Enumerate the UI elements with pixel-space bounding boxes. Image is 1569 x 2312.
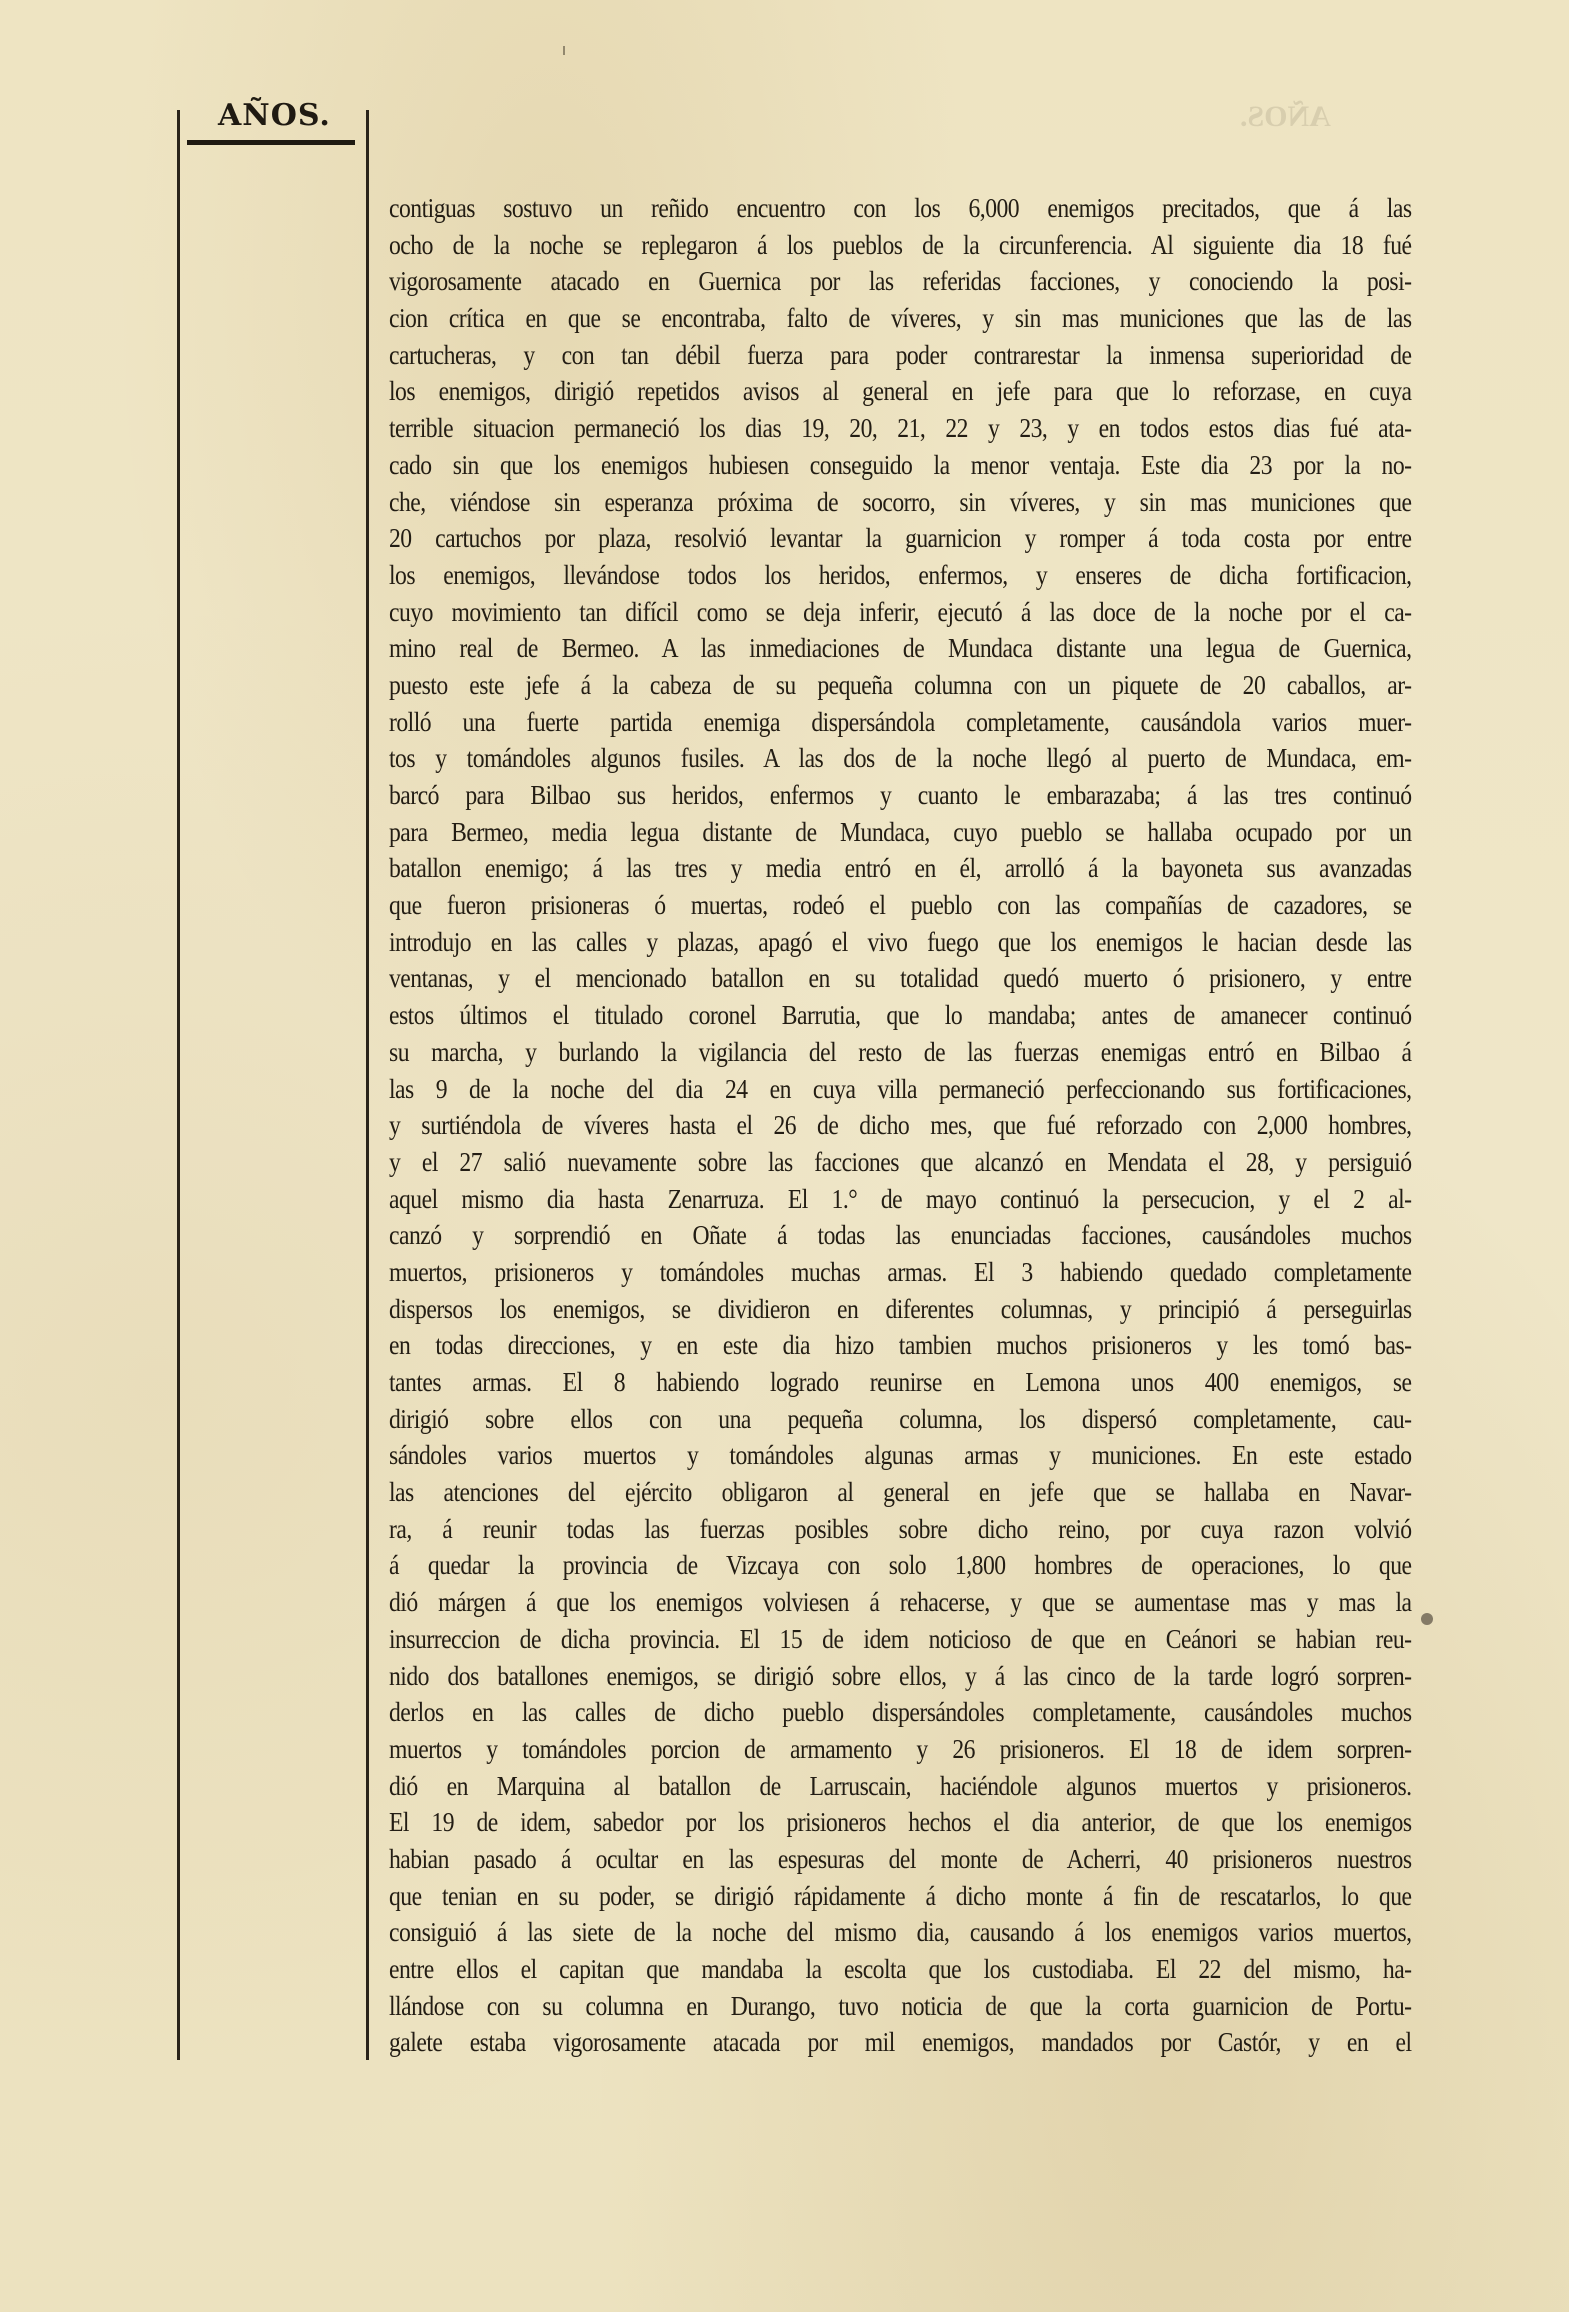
text-line: las atenciones del ejército obligaron al…: [389, 1474, 1412, 1511]
bleed-through-heading: AÑOS.: [1240, 100, 1331, 134]
text-line: consiguió á las siete de la noche del mi…: [389, 1914, 1412, 1951]
heading-rule: [187, 140, 355, 145]
text-line: que tenian en su poder, se dirigió rápid…: [389, 1878, 1412, 1915]
text-line: cartucheras, y con tan débil fuerza para…: [389, 337, 1412, 374]
text-line: contiguas sostuvo un reñido encuentro co…: [389, 190, 1412, 227]
text-line: sándoles varios muertos y tomándoles alg…: [389, 1437, 1412, 1474]
text-line: nido dos batallones enemigos, se dirigió…: [389, 1658, 1412, 1695]
text-line: llándose con su columna en Durango, tuvo…: [389, 1988, 1412, 2025]
text-line: que fueron prisioneras ó muertas, rodeó …: [389, 887, 1412, 924]
text-line: para Bermeo, media legua distante de Mun…: [389, 814, 1412, 851]
text-line: cuyo movimiento tan difícil como se deja…: [389, 594, 1412, 631]
text-line: estos últimos el titulado coronel Barrut…: [389, 997, 1412, 1034]
text-line: dispersos los enemigos, se dividieron en…: [389, 1291, 1412, 1328]
text-line: rolló una fuerte partida enemiga dispers…: [389, 704, 1412, 741]
years-margin-column: [177, 110, 369, 2060]
text-line: entre ellos el capitan que mandaba la es…: [389, 1951, 1412, 1988]
text-line: ra, á reunir todas las fuerzas posibles …: [389, 1511, 1412, 1548]
text-line: vigorosamente atacado en Guernica por la…: [389, 263, 1412, 300]
text-line: las 9 de la noche del dia 24 en cuya vil…: [389, 1071, 1412, 1108]
text-line: barcó para Bilbao sus heridos, enfermos …: [389, 777, 1412, 814]
text-line: puesto este jefe á la cabeza de su peque…: [389, 667, 1412, 704]
text-line: ocho de la noche se replegaron á los pue…: [389, 227, 1412, 264]
text-line: mino real de Bermeo. A las inmediaciones…: [389, 630, 1412, 667]
document-page: AÑOS. AÑOS. contiguas sostuvo un reñido …: [0, 0, 1569, 2312]
text-line: habian pasado á ocultar en las espesuras…: [389, 1841, 1412, 1878]
text-line: tantes armas. El 8 habiendo logrado reun…: [389, 1364, 1412, 1401]
text-line: introdujo en las calles y plazas, apagó …: [389, 924, 1412, 961]
text-line: batallon enemigo; á las tres y media ent…: [389, 850, 1412, 887]
text-line: muertos y tomándoles porcion de armament…: [389, 1731, 1412, 1768]
text-line: y surtiéndola de víveres hasta el 26 de …: [389, 1107, 1412, 1144]
text-line: canzó y sorprendió en Oñate á todas las …: [389, 1217, 1412, 1254]
body-text: contiguas sostuvo un reñido encuentro co…: [389, 190, 1269, 2061]
years-column-heading: AÑOS.: [218, 98, 331, 133]
text-line: ventanas, y el mencionado batallon en su…: [389, 960, 1412, 997]
text-line: cado sin que los enemigos hubiesen conse…: [389, 447, 1412, 484]
text-line: aquel mismo dia hasta Zenarruza. El 1.° …: [389, 1181, 1412, 1218]
text-line: en todas direcciones, y en este dia hizo…: [389, 1327, 1412, 1364]
text-line: los enemigos, dirigió repetidos avisos a…: [389, 373, 1412, 410]
print-mark: [563, 46, 565, 55]
text-line: 20 cartuchos por plaza, resolvió levanta…: [389, 520, 1412, 557]
text-line: dirigió sobre ellos con una pequeña colu…: [389, 1401, 1412, 1438]
text-line: dió márgen á que los enemigos volviesen …: [389, 1584, 1412, 1621]
ink-spot: [1421, 1613, 1433, 1625]
text-line: galete estaba vigorosamente atacada por …: [389, 2024, 1412, 2061]
text-line: cion crítica en que se encontraba, falto…: [389, 300, 1412, 337]
text-line: insurreccion de dicha provincia. El 15 d…: [389, 1621, 1412, 1658]
text-line: terrible situacion permaneció los dias 1…: [389, 410, 1412, 447]
text-line: los enemigos, llevándose todos los herid…: [389, 557, 1412, 594]
text-line: muertos, prisioneros y tomándoles muchas…: [389, 1254, 1412, 1291]
text-line: che, viéndose sin esperanza próxima de s…: [389, 484, 1412, 521]
text-line: El 19 de idem, sabedor por los prisioner…: [389, 1804, 1412, 1841]
text-line: á quedar la provincia de Vizcaya con sol…: [389, 1547, 1412, 1584]
text-line: tos y tomándoles algunos fusiles. A las …: [389, 740, 1412, 777]
text-line: y el 27 salió nuevamente sobre las facci…: [389, 1144, 1412, 1181]
text-line: derlos en las calles de dicho pueblo dis…: [389, 1694, 1412, 1731]
text-line: su marcha, y burlando la vigilancia del …: [389, 1034, 1412, 1071]
text-line: dió en Marquina al batallon de Larruscai…: [389, 1768, 1412, 1805]
